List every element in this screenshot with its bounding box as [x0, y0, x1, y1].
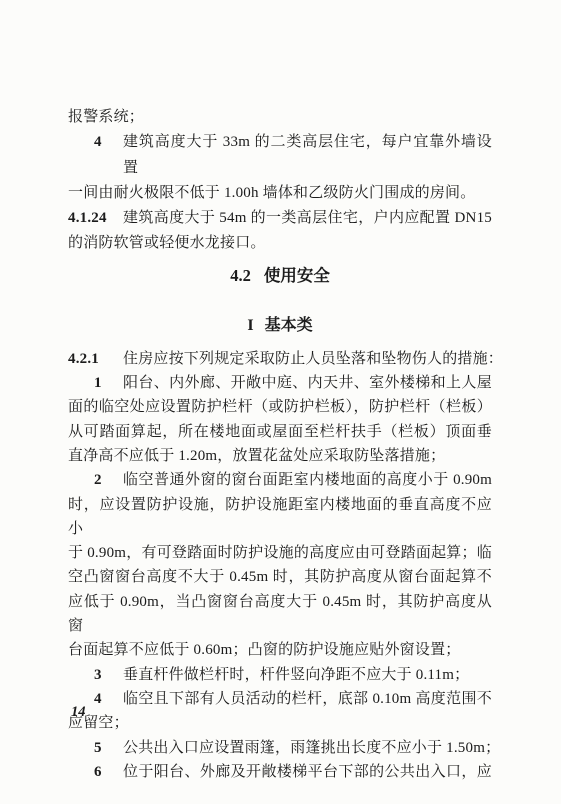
text-line: 空凸窗窗台高度不大于 0.45m 时，其防护高度从窗台面起算不 [68, 565, 492, 589]
clause-line: 4.2.1住房应按下列规定采取防止人员坠落和坠物伤人的措施： [68, 347, 492, 371]
list-item-number: 3 [94, 663, 102, 687]
clause-4-2-1-block: 4.2.1住房应按下列规定采取防止人员坠落和坠物伤人的措施： 1阳台、内外廊、开… [68, 347, 492, 784]
list-item-text: 阳台、内外廊、开敞中庭、内天井、室外楼梯和上人屋 [123, 375, 492, 391]
subsection-number: I [247, 317, 253, 334]
section-number: 4.2 [230, 266, 251, 285]
list-item-text: 建筑高度大于 33m 的二类高层住宅，每户宜靠外墙设置 [123, 134, 492, 175]
subsection-heading: I基本类 [68, 313, 492, 339]
list-item-number: 5 [94, 736, 102, 760]
list-item-text: 位于阳台、外廊及开敞楼梯平台下部的公共出入口，应 [123, 764, 492, 780]
list-item-number: 4 [94, 687, 102, 711]
list-item-number: 2 [94, 468, 102, 492]
clause-line: 4.1.24建筑高度大于 54m 的一类高层住宅，户内应配置 DN15 [68, 206, 492, 231]
text-line: 直净高不应低于 1.20m，放置花盆处应采取防坠落措施； [68, 444, 492, 468]
clause-number: 4.2.1 [68, 347, 99, 371]
list-item-line: 1阳台、内外廊、开敞中庭、内天井、室外楼梯和上人屋 [68, 371, 492, 395]
text-line: 一间由耐火极限不低于 1.00h 墙体和乙级防火门围成的房间。 [68, 181, 492, 206]
text-line: 的消防软管或轻便水龙接口。 [68, 231, 492, 256]
list-item-line: 3垂直杆件做栏杆时，杆件竖向净距不应大于 0.11m； [68, 663, 492, 687]
clause-number: 4.1.24 [68, 206, 107, 231]
list-item-line: 2临空普通外窗的窗台面距室内楼地面的高度小于 0.90m [68, 468, 492, 492]
text-line: 从可踏面算起，所在楼地面或屋面至栏杆扶手（栏板）顶面垂 [68, 420, 492, 444]
page-number: 14 [71, 704, 86, 721]
list-item-line: 5公共出入口应设置雨篷，雨篷挑出长度不应小于 1.50m； [68, 736, 492, 760]
text-line: 报警系统； [68, 105, 492, 130]
list-item-text: 公共出入口应设置雨篷，雨篷挑出长度不应小于 1.50m； [123, 740, 500, 756]
list-item-number: 1 [94, 371, 102, 395]
clause-text: 住房应按下列规定采取防止人员坠落和坠物伤人的措施： [123, 351, 503, 367]
text-line: 面的临空处应设置防护栏杆（或防护栏板），防护栏杆（栏板） [68, 395, 492, 419]
text-line: 台面起算不应低于 0.60m；凸窗的防护设施应贴外窗设置； [68, 638, 492, 662]
list-item-line: 6位于阳台、外廊及开敞楼梯平台下部的公共出入口，应 [68, 760, 492, 784]
list-item-text: 临空且下部有人员活动的栏杆，底部 0.10m 高度范围不 [123, 691, 492, 707]
list-item-text: 垂直杆件做栏杆时，杆件竖向净距不应大于 0.11m； [123, 667, 469, 683]
list-item-line: 4建筑高度大于 33m 的二类高层住宅，每户宜靠外墙设置 [68, 130, 492, 181]
section-heading: 4.2使用安全 [68, 263, 492, 289]
list-item-number: 4 [94, 130, 102, 155]
section-title: 使用安全 [264, 266, 330, 285]
text-line: 应留空； [68, 711, 492, 735]
subsection-title: 基本类 [265, 317, 313, 334]
text-line: 应低于 0.90m，当凸窗窗台高度大于 0.45m 时，其防护高度从窗 [68, 590, 492, 639]
text-line: 时，应设置防护设施，防护设施距室内楼地面的垂直高度不应小 [68, 493, 492, 542]
clause-text: 建筑高度大于 54m 的一类高层住宅，户内应配置 DN15 [123, 210, 492, 226]
text-line: 于 0.90m，有可登踏面时防护设施的高度应由可登踏面起算；临 [68, 541, 492, 565]
list-item-text: 临空普通外窗的窗台面距室内楼地面的高度小于 0.90m [123, 472, 492, 488]
list-item-number: 6 [94, 760, 102, 784]
page-content: 报警系统； 4建筑高度大于 33m 的二类高层住宅，每户宜靠外墙设置 一间由耐火… [68, 105, 492, 784]
clause-continuation-block: 报警系统； 4建筑高度大于 33m 的二类高层住宅，每户宜靠外墙设置 一间由耐火… [68, 105, 492, 257]
document-page: 报警系统； 4建筑高度大于 33m 的二类高层住宅，每户宜靠外墙设置 一间由耐火… [0, 0, 561, 804]
list-item-line: 4临空且下部有人员活动的栏杆，底部 0.10m 高度范围不 [68, 687, 492, 711]
